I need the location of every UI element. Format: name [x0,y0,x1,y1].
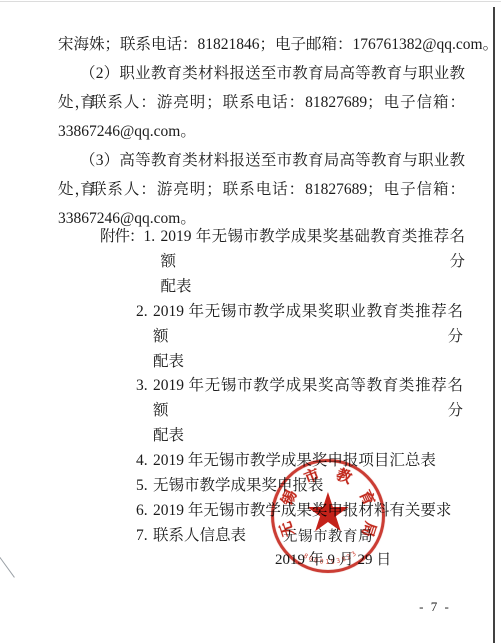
scan-right-edge-line [493,7,495,643]
attachment-number: 7. [136,524,153,549]
attachment-item: 附件： 1. 2019 年无锡市教学成果奖基础教育类推荐名额分 配表 [100,225,465,300]
attachment-item: 2. 2019 年无锡市教学成果奖职业教育类推荐名额分 配表 [100,300,465,375]
body-line: （3）高等教育类材料报送至市教育局高等教育与职业教育 [58,146,465,175]
attachment-title: 2019 年无锡市教学成果奖高等教育类推荐名额分 [153,374,463,424]
body-line: 宋海姝；联系电话：81821846；电子邮箱：176761382@qq.com。 [58,30,465,59]
attachment-number: 1. [144,225,161,250]
attachment-number: 5. [136,474,153,499]
attachment-number: 3. [136,374,153,399]
attachment-title: 2019 年无锡市教学成果奖职业教育类推荐名额分 [153,300,463,350]
attachment-number: 2. [136,300,153,325]
body-line: 处，联系人：游亮明；联系电话：81827689；电子信箱： [58,88,465,117]
official-seal: ★ 无 锡 市 教 育 局 3 2 0 3 5 1 0 0 0 8 [271,459,385,573]
body-line: 处，联系人：游亮明；联系电话：81827689；电子信箱： [58,175,465,204]
attachment-item: 3. 2019 年无锡市教学成果奖高等教育类推荐名额分 配表 [100,374,465,449]
attachment-title: 2019 年无锡市教学成果奖基础教育类推荐名额分 [161,225,465,275]
attachment-title-wrap: 配表 [153,424,463,449]
attachment-number: 6. [136,499,153,524]
scan-corner-artifact [0,555,15,577]
star-icon: ★ [304,486,352,540]
page-number: - 7 - [411,599,459,615]
attachments-label: 附件： [100,225,144,250]
body-text: 宋海姝；联系电话：81821846；电子邮箱：176761382@qq.com。… [58,30,465,233]
attachment-title-wrap: 配表 [161,275,465,300]
attachment-title-wrap: 配表 [153,350,463,375]
body-line: 33867246@qq.com。 [58,117,465,146]
body-line: （2）职业教育类材料报送至市教育局高等教育与职业教育 [58,59,465,88]
attachment-number: 4. [136,449,153,474]
scan-top-edge-line [0,1,501,2]
